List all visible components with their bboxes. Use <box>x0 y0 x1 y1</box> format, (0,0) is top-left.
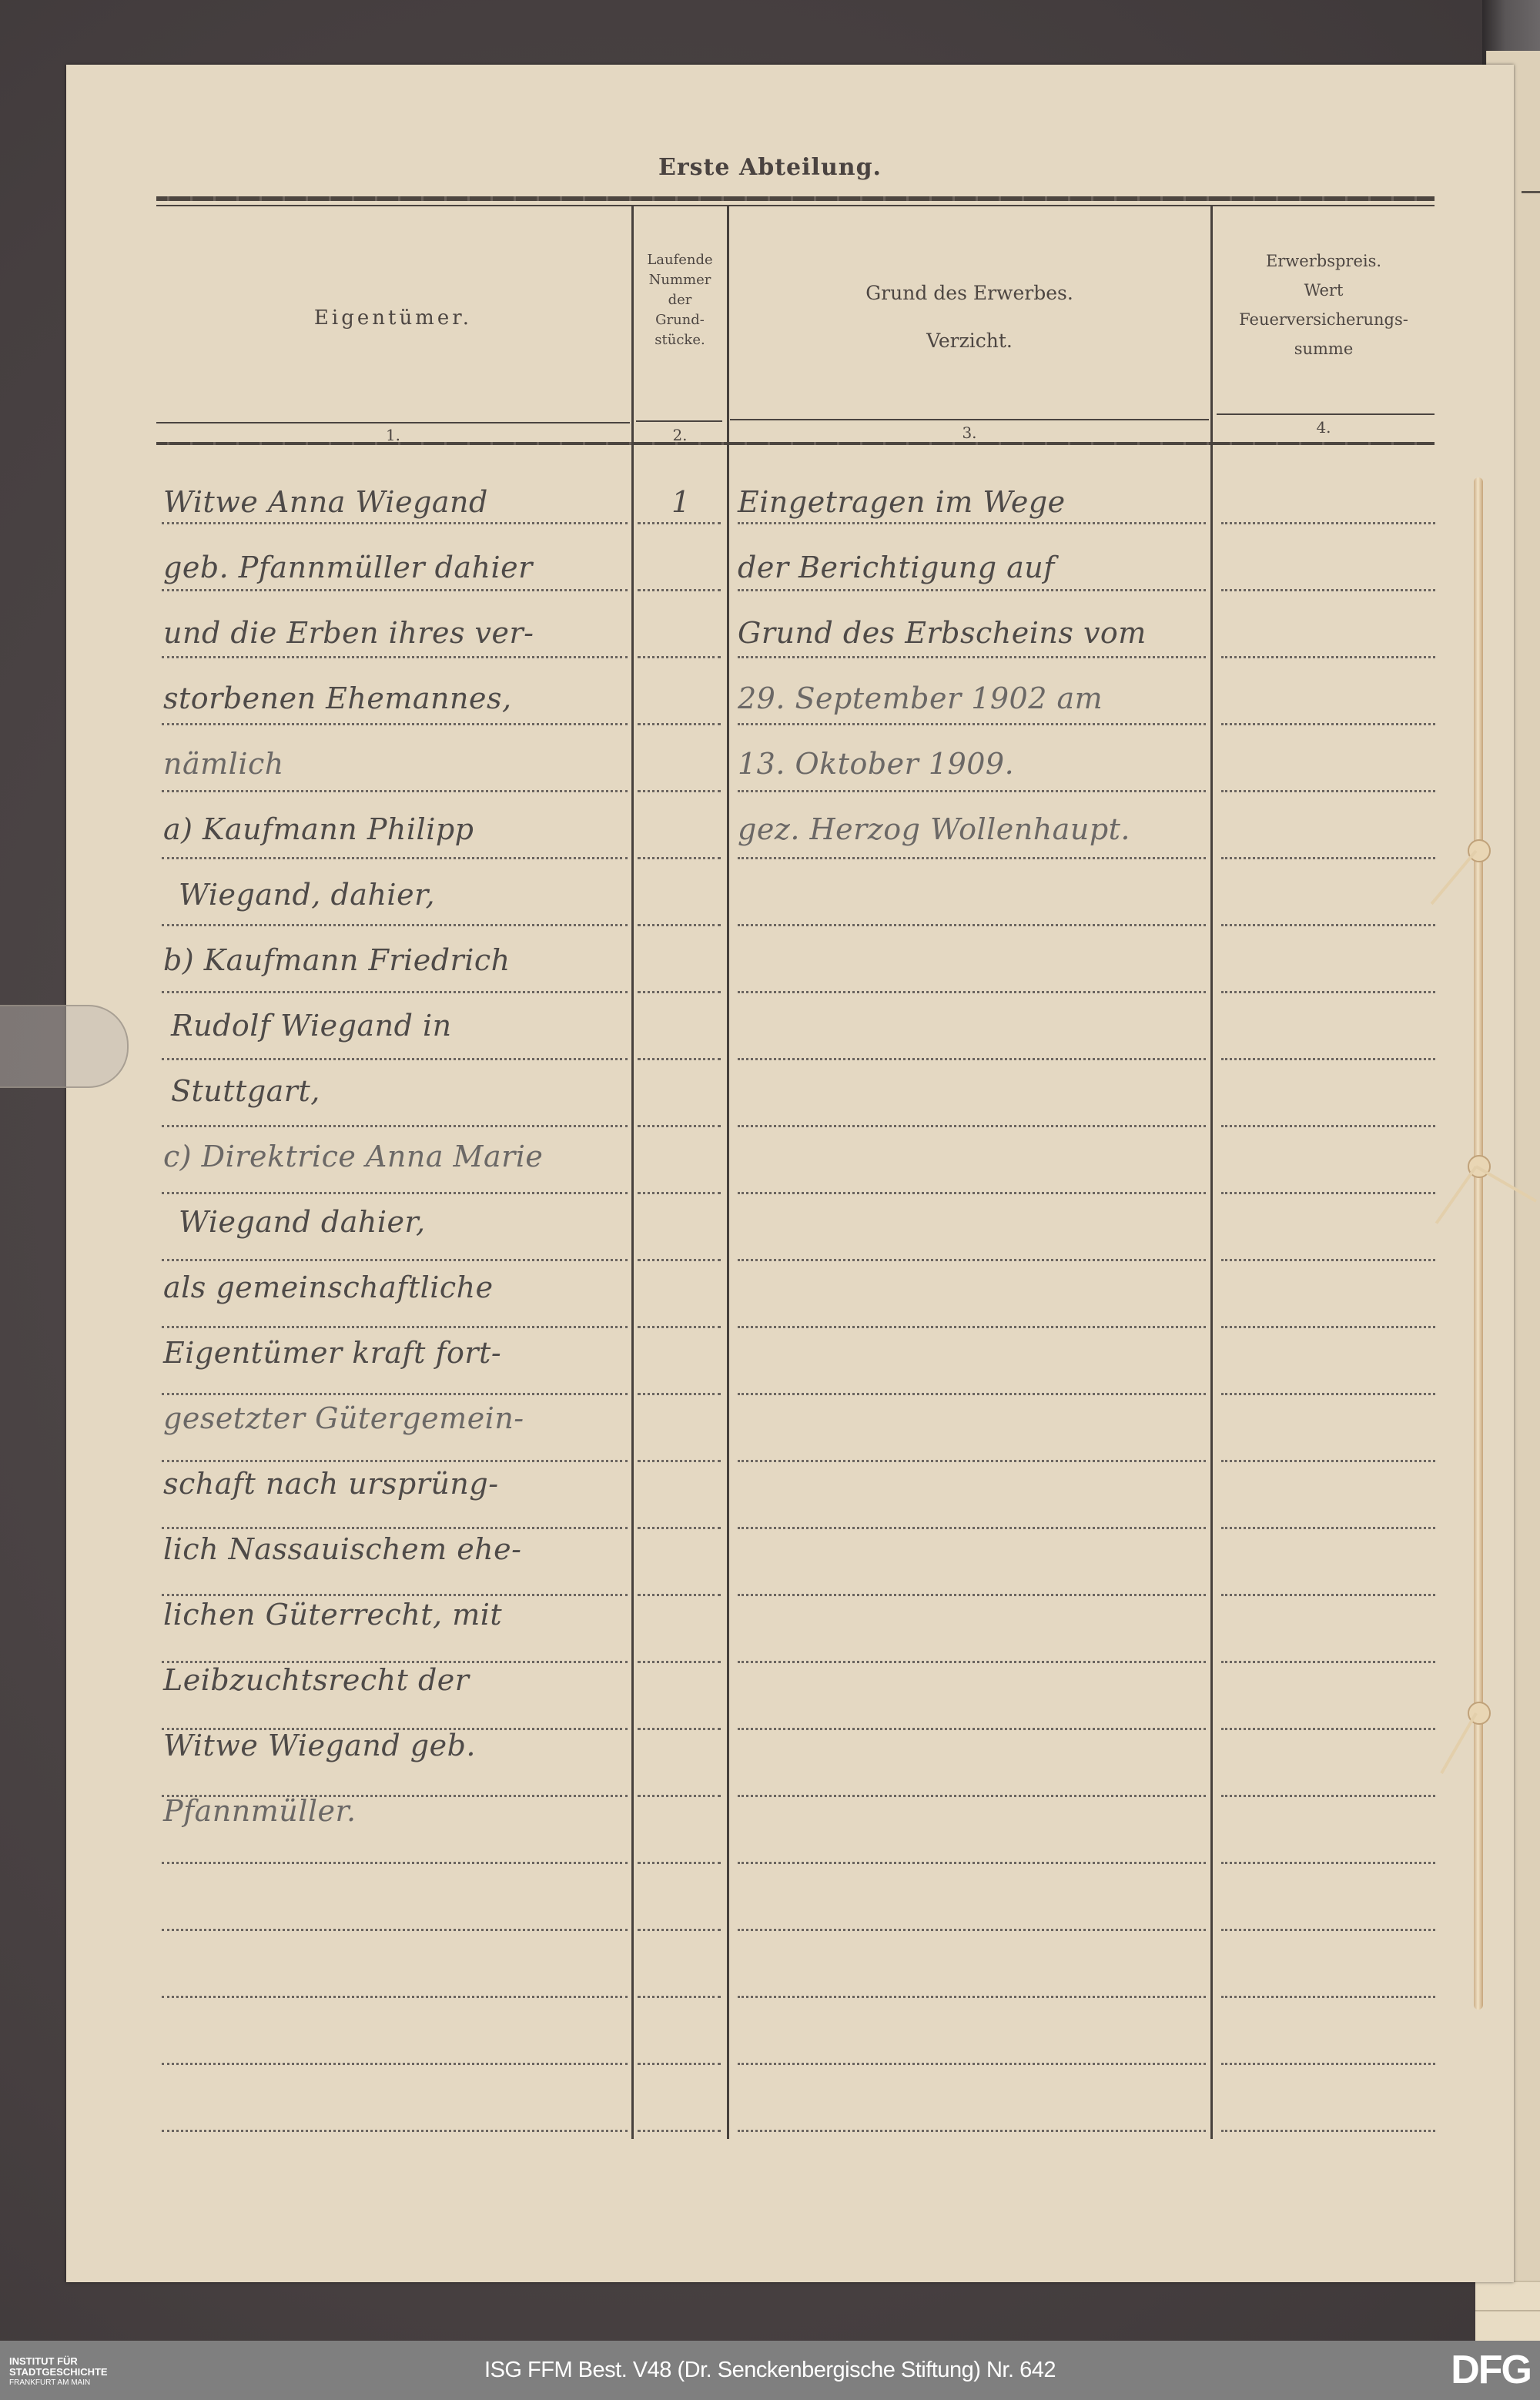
owner-line: Rudolf Wiegand in <box>171 1009 452 1043</box>
ruled-line <box>638 1929 721 1931</box>
ruled-line <box>738 522 1206 524</box>
ruled-line <box>1221 1259 1435 1261</box>
ruled-line <box>738 1125 1206 1127</box>
header-line: stücke. <box>633 330 727 350</box>
column-header-acquisition: Grund des Erwerbes. Verzicht. <box>728 269 1210 365</box>
transparent-tab <box>0 1005 129 1088</box>
ruled-line <box>738 1929 1206 1931</box>
header-line: Nummer <box>633 270 727 290</box>
ruled-line <box>1221 1862 1435 1864</box>
ruled-line <box>738 1058 1206 1060</box>
ruled-line <box>1221 1125 1435 1127</box>
ruled-line <box>162 1594 628 1596</box>
ruled-line <box>162 924 628 926</box>
owner-line: lich Nassauischem ehe- <box>163 1532 521 1566</box>
ruled-line <box>638 1460 721 1462</box>
ruled-line <box>638 991 721 993</box>
ruled-line <box>638 1326 721 1328</box>
header-line: Erwerbspreis. <box>1212 246 1435 276</box>
header-line: Grund- <box>633 310 727 330</box>
ruled-line <box>1221 1594 1435 1596</box>
ruled-line <box>1221 2063 1435 2065</box>
ruled-line <box>738 723 1206 725</box>
ruled-line <box>1221 2130 1435 2132</box>
section-title: Erste Abteilung. <box>0 154 1540 181</box>
ruled-line <box>162 1460 628 1462</box>
owner-line: und die Erben ihres ver- <box>163 616 534 650</box>
ruled-line <box>738 656 1206 658</box>
ruled-line <box>638 1393 721 1395</box>
owner-line: Witwe Wiegand geb. <box>163 1729 476 1762</box>
header-bottom-rule-col1 <box>156 422 630 423</box>
ruled-line <box>162 1862 628 1864</box>
ruled-line <box>162 1527 628 1529</box>
ruled-line <box>1221 1795 1435 1797</box>
ruled-line <box>162 1058 628 1060</box>
ruled-line <box>738 1192 1206 1194</box>
ruled-line <box>638 1192 721 1194</box>
ruled-line <box>162 723 628 725</box>
ruled-line <box>738 991 1206 993</box>
ruled-line <box>638 656 721 658</box>
ruled-line <box>162 2063 628 2065</box>
ruled-line <box>1221 790 1435 792</box>
ruled-line <box>638 2130 721 2132</box>
ruled-line <box>1221 1058 1435 1060</box>
ruled-line <box>738 2130 1206 2132</box>
ruled-line <box>1221 723 1435 725</box>
acquisition-line: 29. September 1902 am <box>738 681 1103 715</box>
owner-line: Stuttgart, <box>171 1074 320 1108</box>
ruled-line <box>738 1795 1206 1797</box>
ruled-line <box>162 991 628 993</box>
owner-line: a) Kaufmann Philipp <box>163 812 474 846</box>
ruled-line <box>738 1594 1206 1596</box>
acquisition-line: der Berichtigung auf <box>738 551 1055 584</box>
ruled-line <box>1221 1326 1435 1328</box>
ruled-line <box>1221 589 1435 591</box>
ruled-line <box>1221 991 1435 993</box>
column-divider-1 <box>631 206 634 2139</box>
owner-line: b) Kaufmann Friedrich <box>163 943 511 977</box>
ruled-line <box>638 1728 721 1730</box>
owner-line: storbenen Ehemannes, <box>163 681 512 715</box>
dfg-logo: DFG <box>1451 2350 1531 2390</box>
column-number-1: 1. <box>156 426 630 444</box>
ruled-line <box>738 1326 1206 1328</box>
archive-reference: ISG FFM Best. V48 (Dr. Senckenbergische … <box>0 2358 1540 2383</box>
ruled-line <box>638 1862 721 1864</box>
header-line: Wert <box>1212 276 1435 305</box>
ruled-line <box>638 2063 721 2065</box>
ruled-line <box>738 589 1206 591</box>
ruled-line <box>1221 1527 1435 1529</box>
ruled-line <box>738 1259 1206 1261</box>
header-line: Grund des Erwerbes. <box>728 269 1210 317</box>
column-header-parcel-number: Laufende Nummer der Grund- stücke. <box>633 250 727 350</box>
ruled-line <box>1221 857 1435 859</box>
owner-line: lichen Güterrecht, mit <box>163 1598 502 1632</box>
header-line: der <box>633 290 727 310</box>
column-divider-2 <box>727 206 729 2139</box>
ruled-line <box>1221 1661 1435 1663</box>
register-page <box>66 65 1514 2282</box>
ruled-line <box>738 1862 1206 1864</box>
ruled-line <box>638 1594 721 1596</box>
column-number-3: 3. <box>728 423 1210 442</box>
column-header-value: Erwerbspreis. Wert Feuerversicherungs- s… <box>1212 246 1435 363</box>
header-line: Feuerversicherungs- <box>1212 305 1435 334</box>
ruled-line <box>162 1192 628 1194</box>
ruled-line <box>638 857 721 859</box>
ruled-line <box>1221 1393 1435 1395</box>
facing-page-rule <box>1522 191 1540 193</box>
ruled-line <box>1221 1192 1435 1194</box>
ruled-line <box>638 1795 721 1797</box>
ruled-line <box>1221 1929 1435 1931</box>
ruled-line <box>162 857 628 859</box>
ruled-line <box>638 1996 721 1998</box>
owner-line: c) Direktrice Anna Marie <box>163 1140 543 1173</box>
owner-line: Pfannmüller. <box>163 1794 357 1828</box>
ruled-line <box>738 1728 1206 1730</box>
acquisition-line: 13. Oktober 1909. <box>738 747 1014 781</box>
header-top-rule-thin <box>156 205 1435 206</box>
ruled-line <box>162 589 628 591</box>
ruled-line <box>738 1661 1206 1663</box>
ruled-line <box>1221 1728 1435 1730</box>
acquisition-line: Grund des Erbscheins vom <box>738 616 1147 650</box>
owner-line: nämlich <box>163 747 284 781</box>
column-header-owner: Eigentümer. <box>156 304 630 333</box>
owner-line: Witwe Anna Wiegand <box>163 485 488 519</box>
ruled-line <box>1221 522 1435 524</box>
owner-line: als gemeinschaftliche <box>163 1270 494 1304</box>
ruled-line <box>638 924 721 926</box>
ruled-line <box>162 1326 628 1328</box>
ruled-line <box>638 1058 721 1060</box>
owner-line: Wiegand, dahier, <box>179 878 435 912</box>
column-header-owner-label: Eigentümer. <box>314 306 472 330</box>
ruled-line <box>162 1393 628 1395</box>
ruled-line <box>162 522 628 524</box>
ruled-line <box>1221 924 1435 926</box>
header-bottom-rule-col4 <box>1217 413 1435 415</box>
ruled-line <box>638 1527 721 1529</box>
ruled-line <box>738 2063 1206 2065</box>
ruled-line <box>738 1460 1206 1462</box>
ruled-line <box>162 790 628 792</box>
owner-line: Leibzuchtsrecht der <box>163 1663 469 1697</box>
column-number-4: 4. <box>1212 418 1435 437</box>
owner-line: geb. Pfannmüller dahier <box>163 551 533 584</box>
ruled-line <box>162 1259 628 1261</box>
column-divider-3 <box>1210 206 1213 2139</box>
owner-line: schaft nach ursprüng- <box>163 1467 499 1501</box>
header-line: Verzicht. <box>728 317 1210 365</box>
ruled-line <box>738 1527 1206 1529</box>
ruled-line <box>1221 1460 1435 1462</box>
ruled-line <box>638 1259 721 1261</box>
header-bottom-rule-col3 <box>730 419 1209 420</box>
ruled-line <box>738 1996 1206 1998</box>
ruled-line <box>638 522 721 524</box>
header-line: Laufende <box>633 250 727 270</box>
owner-line: Eigentümer kraft fort- <box>163 1336 501 1370</box>
ruled-line <box>162 1125 628 1127</box>
ruled-line <box>638 1661 721 1663</box>
ruled-line <box>162 2130 628 2132</box>
ruled-line <box>738 857 1206 859</box>
page-stack-edge <box>1475 2281 1540 2342</box>
header-bottom-rule-col2 <box>636 420 722 422</box>
header-line: summe <box>1212 334 1435 363</box>
acquisition-line: Eingetragen im Wege <box>738 485 1066 519</box>
ruled-line <box>638 1125 721 1127</box>
ruled-line <box>162 656 628 658</box>
header-top-rule <box>156 196 1435 201</box>
ruled-line <box>162 1929 628 1931</box>
owner-line: Wiegand dahier, <box>179 1205 426 1239</box>
ruled-line <box>638 723 721 725</box>
parcel-number: 1 <box>671 485 691 519</box>
ruled-line <box>638 589 721 591</box>
ruled-line <box>162 1996 628 1998</box>
ruled-line <box>638 790 721 792</box>
ruled-line <box>738 790 1206 792</box>
ruled-line <box>1221 656 1435 658</box>
column-number-2: 2. <box>633 426 727 444</box>
archive-footer: INSTITUT FÜR STADTGESCHICHTE FRANKFURT A… <box>0 2341 1540 2400</box>
ruled-line <box>1221 1996 1435 1998</box>
binding-string <box>1474 477 1483 2010</box>
signature-line: gez. Herzog Wollenhaupt. <box>738 812 1130 846</box>
ruled-line <box>738 924 1206 926</box>
ruled-line <box>738 1393 1206 1395</box>
owner-line: gesetzter Gütergemein- <box>163 1401 524 1435</box>
